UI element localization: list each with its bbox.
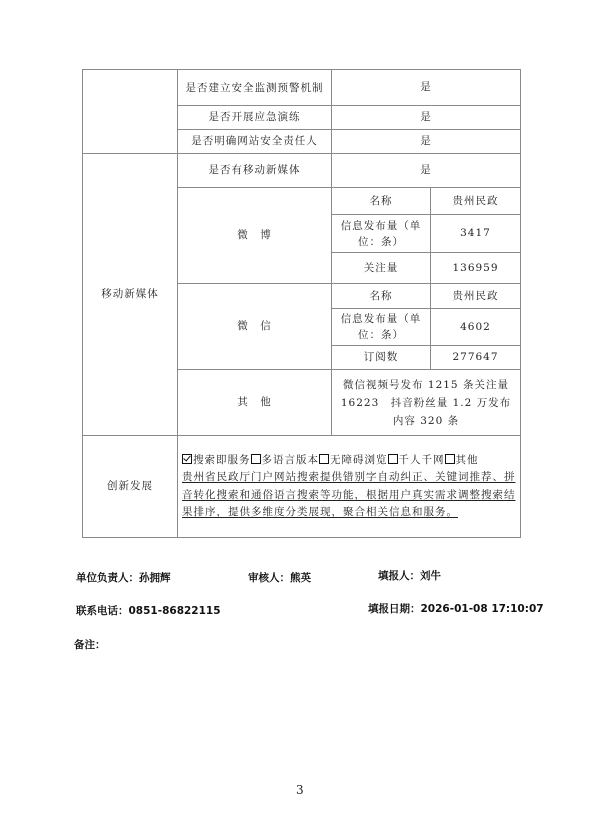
option-label: 多语言版本 [262, 454, 320, 466]
wechat-posts-value: 4602 [431, 309, 521, 346]
security-label: 是否明确网站安全责任人 [178, 130, 332, 154]
innovation-options: 搜索即服务多语言版本无障碍浏览千人千网其他 [182, 452, 516, 470]
weibo-followers-label: 关注量 [332, 253, 431, 284]
wechat-name-label: 名称 [332, 284, 431, 309]
checkbox-other[interactable] [445, 454, 455, 464]
other-label: 其 他 [178, 370, 332, 436]
has-mobile-value: 是 [332, 154, 521, 188]
option-label: 无障碍浏览 [330, 454, 388, 466]
innovation-description: 贵州省民政厅门户网站搜索提供错别字自动纠正、关键词推荐、拼音转化搜索和通俗语言搜… [182, 469, 516, 522]
security-label: 是否开展应急演练 [178, 106, 332, 130]
option-label: 千人千网 [399, 454, 445, 466]
filler: 填报人：刘牛 [378, 568, 441, 583]
reviewer: 审核人：熊英 [248, 570, 311, 585]
wechat-subscribers-label: 订阅数 [332, 346, 431, 370]
wechat-posts-label: 信息发布量（单位：条） [332, 309, 431, 346]
fill-date: 填报日期：2026-01-08 17:10:07 [368, 601, 544, 616]
unit-head: 单位负责人：孙拥辉 [76, 570, 171, 585]
weibo-followers-value: 136959 [431, 253, 521, 284]
has-mobile-label: 是否有移动新媒体 [178, 154, 332, 188]
wechat-label: 微 信 [178, 284, 332, 370]
security-label: 是否建立安全监测预警机制 [178, 70, 332, 106]
wechat-name-value: 贵州民政 [431, 284, 521, 309]
weibo-name-label: 名称 [332, 188, 431, 215]
page-number: 3 [296, 783, 304, 797]
weibo-posts-value: 3417 [431, 215, 521, 253]
contact-phone: 联系电话：0851-86822115 [76, 603, 221, 618]
checkbox-personalized[interactable] [388, 454, 398, 464]
security-value: 是 [332, 70, 521, 106]
option-label: 搜索即服务 [193, 454, 251, 466]
innovation-content: 搜索即服务多语言版本无障碍浏览千人千网其他 贵州省民政厅门户网站搜索提供错别字自… [178, 436, 521, 538]
option-label: 其他 [456, 454, 479, 466]
weibo-posts-label: 信息发布量（单位：条） [332, 215, 431, 253]
weibo-label: 微 博 [178, 188, 332, 284]
weibo-name-value: 贵州民政 [431, 188, 521, 215]
security-value: 是 [332, 130, 521, 154]
report-table: 是否建立安全监测预警机制 是 是否开展应急演练 是 是否明确网站安全责任人 是 … [82, 69, 521, 538]
checkbox-search-as-service[interactable] [182, 454, 192, 464]
checkbox-accessibility[interactable] [319, 454, 329, 464]
innovation-section-label: 创新发展 [83, 436, 178, 538]
security-value: 是 [332, 106, 521, 130]
mobile-section-label: 移动新媒体 [83, 154, 178, 436]
remarks: 备注： [74, 637, 106, 652]
wechat-subscribers-value: 277647 [431, 346, 521, 370]
checkbox-multilingual[interactable] [251, 454, 261, 464]
security-section-cell [83, 70, 178, 154]
other-value: 微信视频号发布 1215 条关注量 16223 抖音粉丝量 1.2 万发布内容 … [332, 370, 521, 436]
